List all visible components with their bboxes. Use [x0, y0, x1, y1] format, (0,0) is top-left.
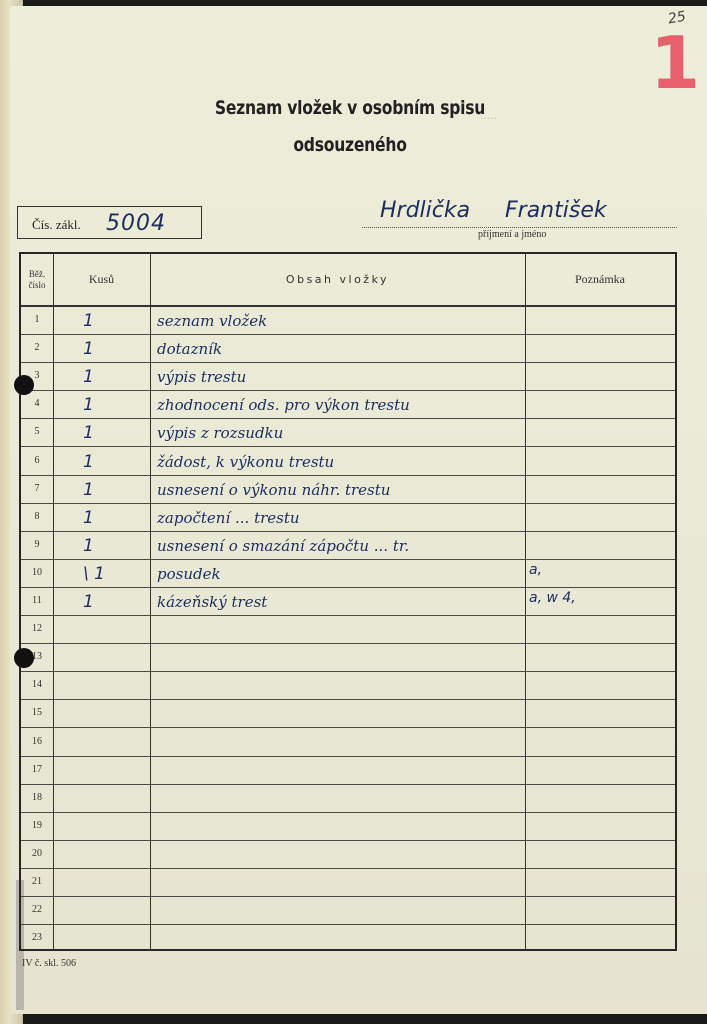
row-poznamka [529, 643, 669, 671]
punch-hole [14, 648, 34, 668]
row-poznamka [529, 531, 669, 559]
row-number: 22 [21, 896, 53, 924]
page-subtitle: odsouzeného [186, 134, 514, 156]
row-poznamka [529, 306, 669, 334]
row-number: 20 [21, 840, 53, 868]
table-row: 71usnesení o výkonu náhr. trestu [21, 475, 675, 504]
row-poznamka [529, 868, 669, 896]
row-poznamka: a, [529, 559, 669, 587]
row-number: 12 [21, 615, 53, 643]
row-kusu: 1 [83, 447, 123, 475]
row-obsah: posudek [157, 559, 527, 587]
table-row: 91usnesení o smazání zápočtu ... tr. [21, 531, 675, 560]
row-poznamka [529, 615, 669, 643]
row-kusu [83, 699, 123, 727]
row-poznamka [529, 390, 669, 418]
row-poznamka [529, 699, 669, 727]
row-obsah: usnesení o smazání zápočtu ... tr. [157, 531, 527, 559]
row-kusu [83, 756, 123, 784]
table-row: 18 [21, 784, 675, 813]
row-number: 14 [21, 671, 53, 699]
row-kusu: 1 [83, 334, 123, 362]
table-row: 23 [21, 924, 675, 952]
row-number: 19 [21, 812, 53, 840]
header-poznamka: Poznámka [525, 254, 675, 305]
row-obsah: výpis trestu [157, 362, 527, 390]
table-row: 31výpis trestu [21, 362, 675, 391]
row-kusu [83, 924, 123, 952]
row-kusu [83, 728, 123, 756]
row-kusu [83, 615, 123, 643]
row-kusu [83, 812, 123, 840]
table-row: 81započtení ... trestu [21, 503, 675, 532]
row-obsah: usnesení o výkonu náhr. trestu [157, 475, 527, 503]
row-poznamka [529, 756, 669, 784]
red-folio-mark: 1 [650, 28, 690, 98]
row-obsah: dotazník [157, 334, 527, 362]
table-row: 12 [21, 615, 675, 644]
table-row: 21dotazník [21, 334, 675, 363]
table-row: 111kázeňský tresta, w 4, [21, 587, 675, 616]
row-number: 18 [21, 784, 53, 812]
row-kusu: 1 [83, 531, 123, 559]
row-kusu: 1 [83, 418, 123, 446]
row-number: 23 [21, 924, 53, 952]
surname-field: Hrdlička [380, 198, 470, 223]
table-row: 17 [21, 756, 675, 785]
row-number: 11 [21, 587, 53, 615]
row-obsah [157, 896, 527, 924]
row-kusu: 1 [83, 306, 123, 334]
table-row: 21 [21, 868, 675, 897]
table-row: 15 [21, 699, 675, 728]
row-kusu: \ 1 [83, 559, 123, 587]
row-obsah [157, 699, 527, 727]
row-obsah [157, 812, 527, 840]
row-poznamka [529, 447, 669, 475]
row-obsah [157, 924, 527, 952]
table-row: 20 [21, 840, 675, 869]
form-code: IV č. skl. 506 [22, 958, 76, 969]
row-number: 2 [21, 334, 53, 362]
cis-zakl-value: 5004 [106, 211, 166, 236]
table-row: 51výpis z rozsudku [21, 418, 675, 447]
row-number: 9 [21, 531, 53, 559]
row-poznamka [529, 840, 669, 868]
row-poznamka [529, 896, 669, 924]
row-kusu: 1 [83, 503, 123, 531]
row-poznamka [529, 924, 669, 952]
row-number: 16 [21, 728, 53, 756]
row-obsah [157, 728, 527, 756]
name-caption: příjmení a jméno [478, 229, 546, 240]
row-number: 17 [21, 756, 53, 784]
row-obsah [157, 868, 527, 896]
row-obsah [157, 643, 527, 671]
row-poznamka [529, 475, 669, 503]
table-row: 19 [21, 812, 675, 841]
row-obsah: seznam vložek [157, 306, 527, 334]
row-obsah [157, 756, 527, 784]
row-poznamka [529, 334, 669, 362]
row-kusu: 1 [83, 475, 123, 503]
row-obsah [157, 784, 527, 812]
punch-hole [14, 375, 34, 395]
row-kusu [83, 840, 123, 868]
table-header: Běž. číslo Kusů Obsah vložky Poznámka [21, 254, 675, 307]
row-obsah [157, 615, 527, 643]
row-obsah: kázeňský trest [157, 587, 527, 615]
table-row: 14 [21, 671, 675, 700]
cis-zakl-label: Čís. zákl. [32, 217, 81, 233]
table-row: 11seznam vložek [21, 306, 675, 335]
row-obsah: zhodnocení ods. pro výkon trestu [157, 390, 527, 418]
row-poznamka [529, 362, 669, 390]
row-kusu [83, 671, 123, 699]
header-kusu: Kusů [53, 254, 150, 305]
given-name-field: František [505, 198, 607, 223]
row-number: 7 [21, 475, 53, 503]
name-dotted-line [362, 227, 677, 228]
table-row: 41zhodnocení ods. pro výkon trestu [21, 390, 675, 419]
table-row: 13 [21, 643, 675, 672]
row-kusu [83, 896, 123, 924]
row-obsah [157, 840, 527, 868]
header-bez-cislo: Běž. číslo [21, 254, 53, 305]
row-number: 1 [21, 306, 53, 334]
row-obsah: žádost, k výkonu trestu [157, 447, 527, 475]
row-kusu: 1 [83, 587, 123, 615]
row-kusu [83, 868, 123, 896]
row-obsah: výpis z rozsudku [157, 418, 527, 446]
row-kusu [83, 784, 123, 812]
table-body: 11seznam vložek21dotazník31výpis trestu4… [21, 306, 675, 949]
header-obsah: Obsah vložky [150, 254, 525, 305]
row-poznamka [529, 812, 669, 840]
row-number: 10 [21, 559, 53, 587]
row-poznamka [529, 418, 669, 446]
table-row: 16 [21, 728, 675, 757]
row-obsah: započtení ... trestu [157, 503, 527, 531]
row-number: 8 [21, 503, 53, 531]
row-poznamka [529, 671, 669, 699]
cis-zakl-box: Čís. zákl. 5004 [17, 206, 202, 239]
row-number: 5 [21, 418, 53, 446]
inserts-table: Běž. číslo Kusů Obsah vložky Poznámka 11… [19, 252, 677, 951]
row-kusu: 1 [83, 390, 123, 418]
row-number: 6 [21, 447, 53, 475]
table-row: 22 [21, 896, 675, 925]
row-number: 15 [21, 699, 53, 727]
page-title: Seznam vložek v osobním spisu [186, 97, 514, 119]
row-kusu [83, 643, 123, 671]
row-poznamka [529, 503, 669, 531]
row-obsah [157, 671, 527, 699]
row-kusu: 1 [83, 362, 123, 390]
row-poznamka [529, 728, 669, 756]
row-number: 21 [21, 868, 53, 896]
row-poznamka: a, w 4, [529, 587, 669, 615]
row-poznamka [529, 784, 669, 812]
table-row: 10\ 1posudeka, [21, 559, 675, 588]
table-row: 61žádost, k výkonu trestu [21, 447, 675, 476]
